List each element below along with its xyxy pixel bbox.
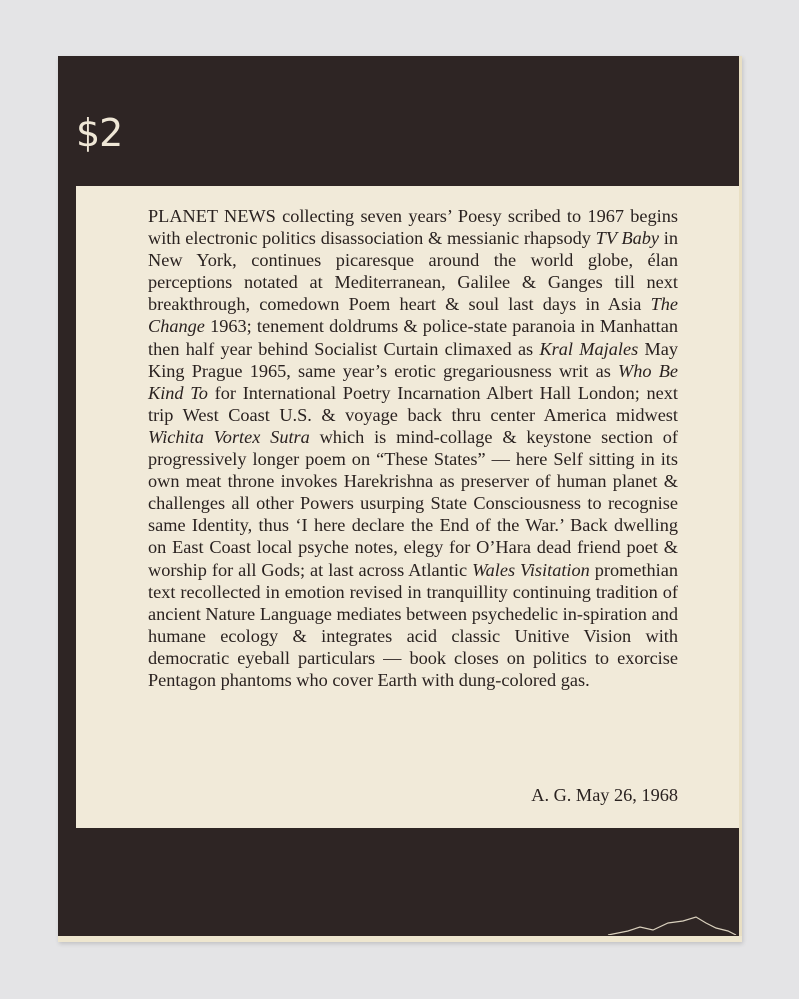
blurb-title-tv-baby: TV Baby [596,228,659,248]
blurb-segment: for International Poetry Incarnation Alb… [148,383,678,425]
page-edge-bottom [58,936,742,942]
book-back-cover: $2 PLANET NEWS collecting seven years’ P… [58,56,742,942]
blurb-text: PLANET NEWS collecting seven years’ Poes… [148,205,678,691]
blurb-title-wales-visitation: Wales Visitation [472,560,590,580]
page-edge-right [739,56,742,942]
blurb-title-wichita-vortex-sutra: Wichita Vortex Sutra [148,427,310,447]
author-signature: A. G. May 26, 1968 [531,784,678,806]
price-label: $2 [76,114,122,152]
dark-cover-board: $2 PLANET NEWS collecting seven years’ P… [58,56,739,936]
blurb-segment: which is mind-collage & keystone section… [148,427,678,580]
worn-edge-mark [598,909,738,935]
blurb-title-kral-majales: Kral Majales [539,339,638,359]
blurb-panel: PLANET NEWS collecting seven years’ Poes… [76,186,739,828]
